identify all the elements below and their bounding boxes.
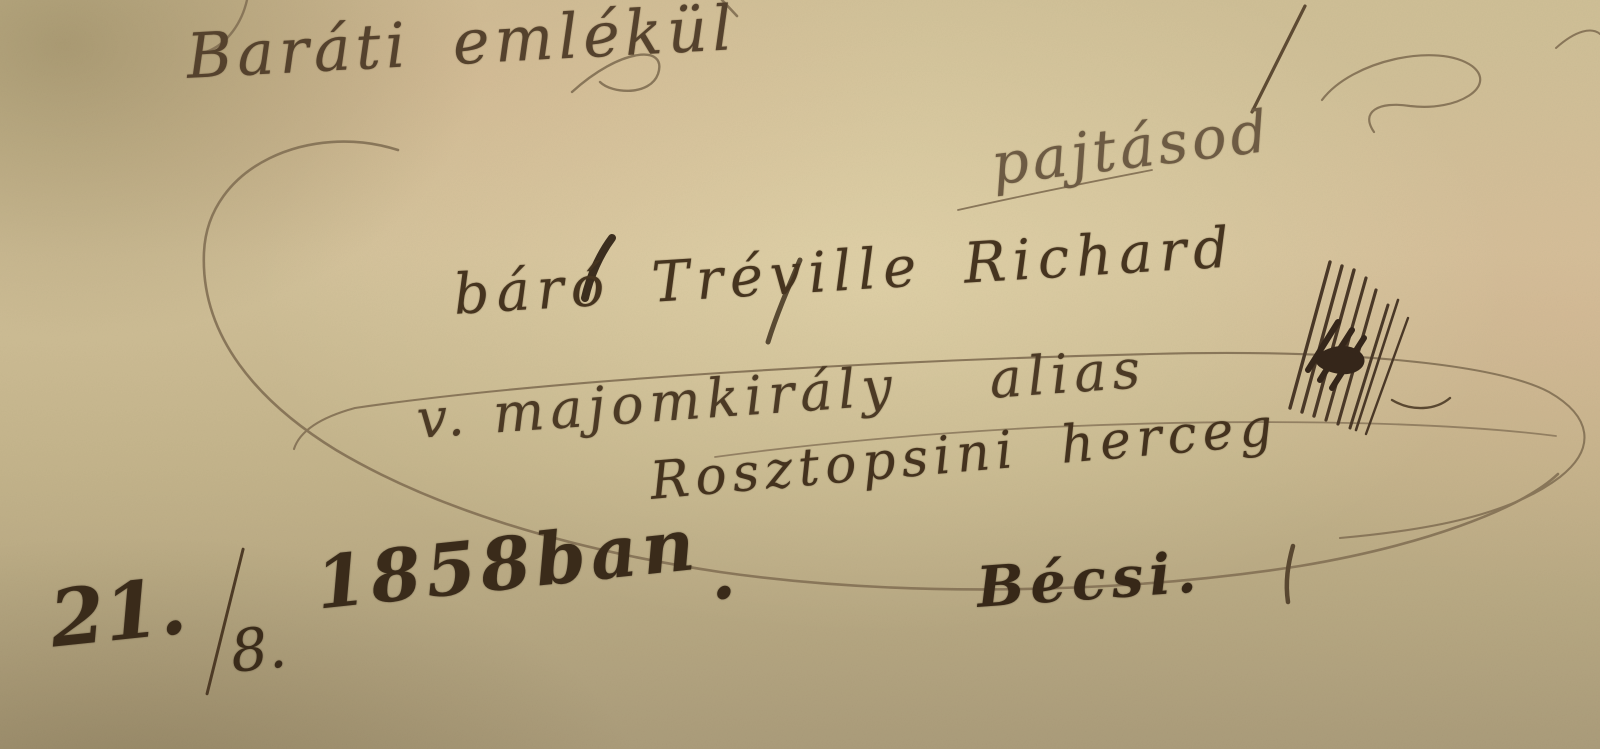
photo-vignette [0, 0, 1600, 749]
handwritten-album-page: Baráti emlékül pajtásod báró Tréville Ri… [0, 0, 1600, 749]
